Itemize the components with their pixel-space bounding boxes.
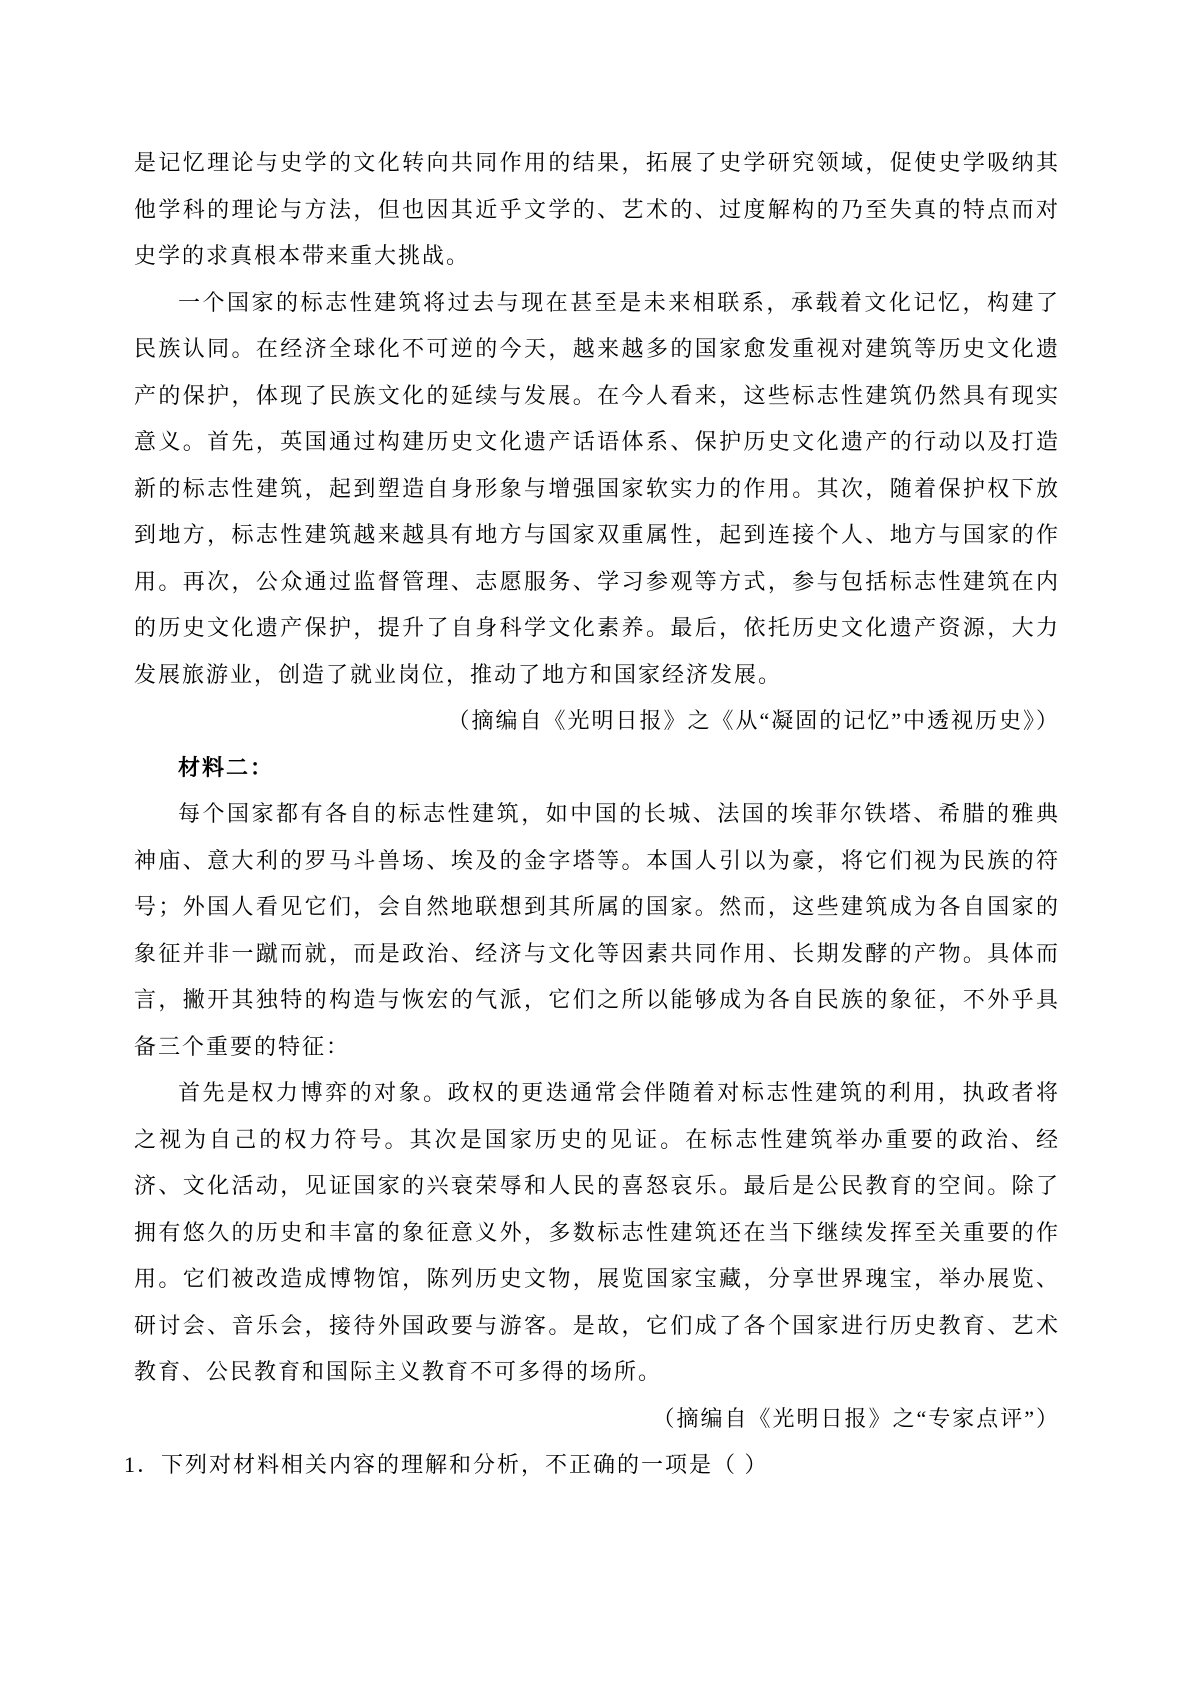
question-1: 1．下列对材料相关内容的理解和分析，不正确的一项是（ ） bbox=[124, 1442, 1060, 1489]
material-two-heading: 材料二： bbox=[134, 745, 1060, 792]
material-one-section: 是记忆理论与史学的文化转向共同作用的结果，拓展了史学研究领域，促使史学吸纳其他学… bbox=[134, 140, 1060, 745]
questions-section: 1．下列对材料相关内容的理解和分析，不正确的一项是（ ） bbox=[134, 1442, 1060, 1489]
question-1-text: 下列对材料相关内容的理解和分析，不正确的一项是（ ） bbox=[161, 1452, 769, 1477]
question-1-number: 1． bbox=[124, 1452, 161, 1477]
material-one-source-attribution: （摘编自《光明日报》之《从“凝固的记忆”中透视历史》） bbox=[134, 698, 1060, 745]
material-one-paragraph: 一个国家的标志性建筑将过去与现在甚至是未来相联系，承载着文化记忆，构建了民族认同… bbox=[134, 280, 1060, 699]
material-two-paragraph: 每个国家都有各自的标志性建筑，如中国的长城、法国的埃菲尔铁塔、希腊的雅典神庙、意… bbox=[134, 791, 1060, 1070]
material-two-paragraph: 首先是权力博弈的对象。政权的更迭通常会伴随着对标志性建筑的利用，执政者将之视为自… bbox=[134, 1070, 1060, 1396]
document-page: 是记忆理论与史学的文化转向共同作用的结果，拓展了史学研究领域，促使史学吸纳其他学… bbox=[0, 0, 1191, 1684]
material-two-source-attribution: （摘编自《光明日报》之“专家点评”） bbox=[134, 1396, 1060, 1443]
material-two-section: 材料二： 每个国家都有各自的标志性建筑，如中国的长城、法国的埃菲尔铁塔、希腊的雅… bbox=[134, 745, 1060, 1443]
material-one-paragraph-continuation: 是记忆理论与史学的文化转向共同作用的结果，拓展了史学研究领域，促使史学吸纳其他学… bbox=[134, 140, 1060, 280]
